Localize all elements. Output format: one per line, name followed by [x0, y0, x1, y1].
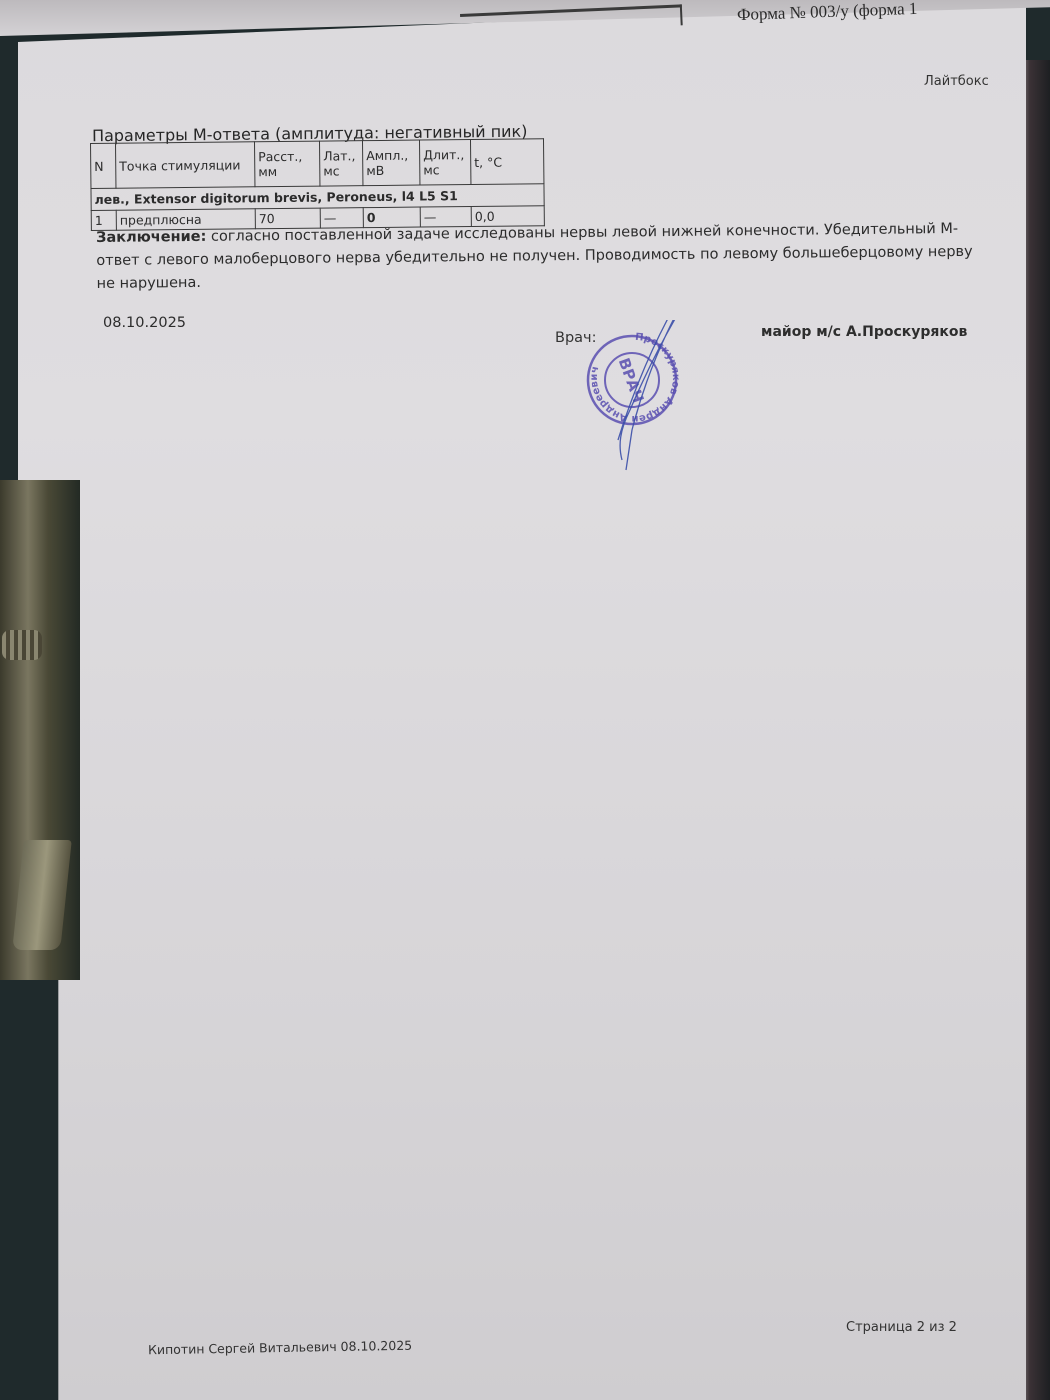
- table-header-row: N Точка стимуляции Расст., мм Лат., мс А…: [91, 139, 544, 189]
- conclusion-label: Заключение:: [96, 229, 206, 246]
- stamp-center-text: ВРАЧ: [615, 356, 648, 406]
- col-header-n: N: [91, 143, 116, 188]
- clip-spring: [2, 630, 42, 660]
- conclusion-paragraph: Заключение: согласно поставленной задаче…: [96, 218, 977, 296]
- binder-clip: [0, 480, 80, 980]
- col-header-distance: Расст., мм: [254, 141, 319, 187]
- col-header-amplitude: Ампл., мВ: [362, 140, 419, 186]
- clip-lever: [12, 840, 72, 950]
- col-header-temperature: t, °C: [470, 139, 543, 185]
- doctor-name: майор м/с А.Проскуряков: [761, 324, 967, 340]
- conclusion-text: согласно поставленной задаче исследованы…: [96, 221, 972, 292]
- col-header-stim-point: Точка стимуляции: [116, 142, 255, 188]
- report-date: 08.10.2025: [103, 315, 186, 331]
- col-header-duration: Длит., мс: [419, 140, 470, 186]
- brand-label: Лайтбокс: [924, 74, 989, 89]
- footer-page-number: Страница 2 из 2: [846, 1320, 957, 1335]
- doctor-stamp-icon: Проскуряков Андрей Андреевич ВРАЧ: [570, 320, 700, 480]
- col-header-latency: Лат., мс: [319, 141, 362, 186]
- m-response-table: N Точка стимуляции Расст., мм Лат., мс А…: [90, 138, 545, 231]
